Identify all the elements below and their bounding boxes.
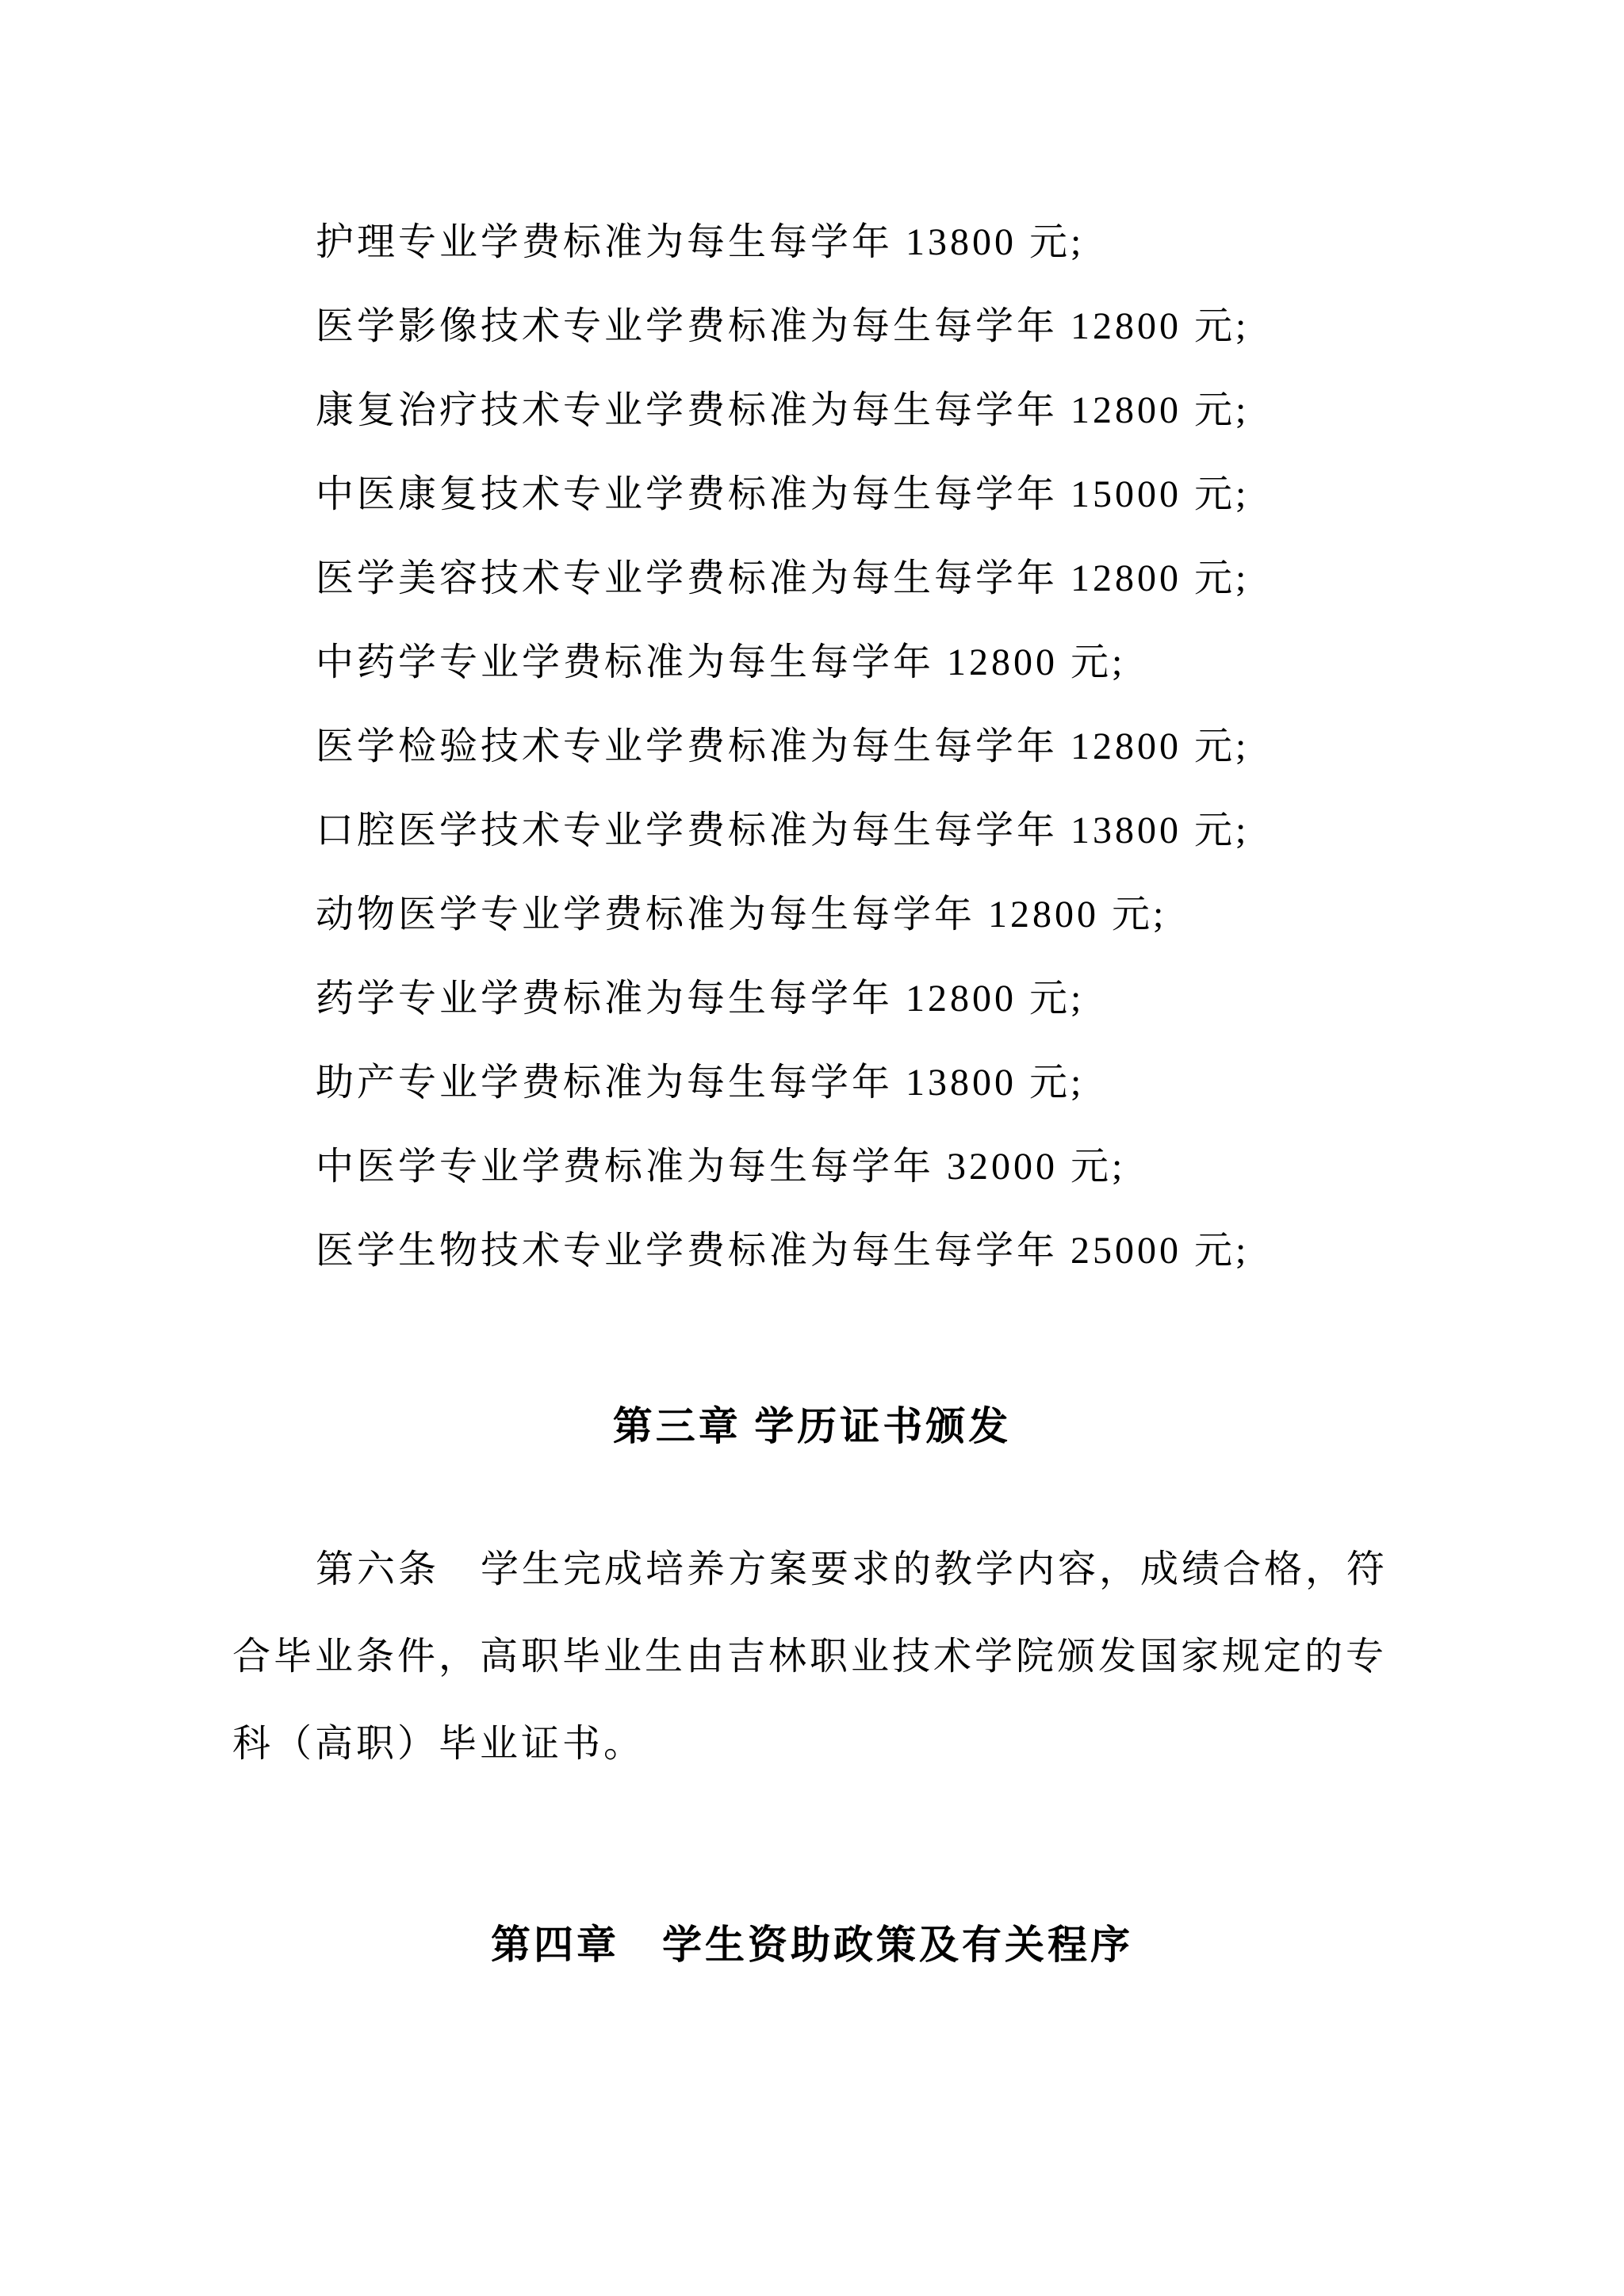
fee-line: 口腔医学技术专业学费标准为每生每学年 13800 元; (232, 789, 1392, 873)
fee-line: 中医学专业学费标准为每生每学年 32000 元; (232, 1125, 1392, 1209)
article-6-line-3: 科（高职）毕业证书。 (232, 1701, 1392, 1788)
fee-line: 医学影像技术专业学费标准为每生每学年 12800 元; (232, 285, 1392, 369)
article-6-line-2: 合毕业条件，高职毕业生由吉林职业技术学院颁发国家规定的专 (232, 1613, 1392, 1701)
chapter-3-heading: 第三章 学历证书颁发 (232, 1402, 1392, 1451)
fee-line: 护理专业学费标准为每生每学年 13800 元; (232, 201, 1392, 285)
fee-line: 中药学专业学费标准为每生每学年 12800 元; (232, 621, 1392, 705)
fee-line: 医学检验技术专业学费标准为每生每学年 12800 元; (232, 705, 1392, 789)
article-6-line-1: 第六条 学生完成培养方案要求的教学内容，成绩合格，符 (232, 1526, 1392, 1613)
article-6-paragraph: 第六条 学生完成培养方案要求的教学内容，成绩合格，符 合毕业条件，高职毕业生由吉… (232, 1526, 1392, 1788)
fee-line: 动物医学专业学费标准为每生每学年 12800 元; (232, 873, 1392, 957)
fee-line: 医学生物技术专业学费标准为每生每学年 25000 元; (232, 1209, 1392, 1293)
fee-line: 助产专业学费标准为每生每学年 13800 元; (232, 1041, 1392, 1125)
fee-line: 药学专业学费标准为每生每学年 12800 元; (232, 957, 1392, 1041)
tuition-fee-list: 护理专业学费标准为每生每学年 13800 元; 医学影像技术专业学费标准为每生每… (232, 201, 1392, 1293)
fee-line: 医学美容技术专业学费标准为每生每学年 12800 元; (232, 537, 1392, 621)
document-page: 护理专业学费标准为每生每学年 13800 元; 医学影像技术专业学费标准为每生每… (0, 0, 1624, 2296)
chapter-4-heading: 第四章 学生资助政策及有关程序 (232, 1920, 1392, 1969)
fee-line: 康复治疗技术专业学费标准为每生每学年 12800 元; (232, 369, 1392, 453)
fee-line: 中医康复技术专业学费标准为每生每学年 15000 元; (232, 453, 1392, 537)
